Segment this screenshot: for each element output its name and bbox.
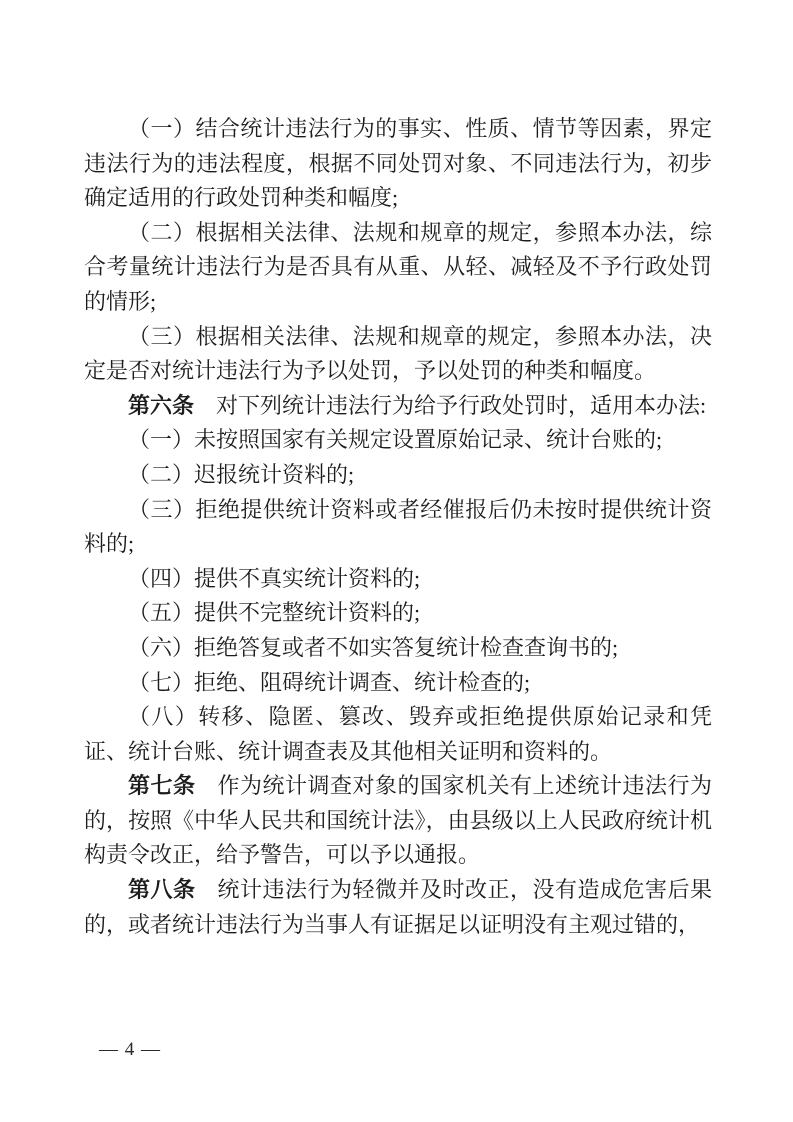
document-body: （一）结合统计违法行为的事实、性质、情节等因素，界定违法行为的违法程度，根据不同… [84, 112, 712, 942]
article-paragraph: 第六条对下列统计违法行为给予行政处罚时，适用本办法: [84, 389, 712, 424]
page-number: — 4 — [99, 1038, 161, 1062]
clause-item: （一）未按照国家有关规定设置原始记录、统计台账的; [84, 423, 712, 458]
document-page: （一）结合统计违法行为的事实、性质、情节等因素，界定违法行为的违法程度，根据不同… [0, 0, 793, 1122]
article-paragraph: 第七条作为统计调查对象的国家机关有上述统计违法行为的，按照《中华人民共和国统计法… [84, 769, 712, 873]
article-paragraph: 第八条统计违法行为轻微并及时改正，没有造成危害后果的，或者统计违法行为当事人有证… [84, 873, 712, 942]
clause-item: （七）拒绝、阻碍统计调查、统计检查的; [84, 666, 712, 701]
paragraph-text: （二）根据相关法律、法规和规章的规定，参照本办法，综合考量统计违法行为是否具有从… [84, 220, 712, 314]
article-number: 第七条 [128, 773, 196, 798]
clause-item: （一）结合统计违法行为的事实、性质、情节等因素，界定违法行为的违法程度，根据不同… [84, 112, 712, 216]
clause-item: （三）根据相关法律、法规和规章的规定，参照本办法，决定是否对统计违法行为予以处罚… [84, 320, 712, 389]
clause-item: （三）拒绝提供统计资料或者经催报后仍未按时提供统计资料的; [84, 493, 712, 562]
paragraph-text: （六）拒绝答复或者不如实答复统计检查查询书的; [128, 635, 618, 660]
article-number: 第六条 [128, 393, 194, 418]
clause-item: （四）提供不真实统计资料的; [84, 562, 712, 597]
paragraph-text: （五）提供不完整统计资料的; [128, 600, 420, 625]
clause-item: （六）拒绝答复或者不如实答复统计检查查询书的; [84, 631, 712, 666]
paragraph-text: （八）转移、隐匿、篡改、毁弃或拒绝提供原始记录和凭证、统计台账、统计调查表及其他… [84, 704, 712, 764]
paragraph-text: （二）迟报统计资料的; [128, 462, 354, 487]
clause-item: （二）根据相关法律、法规和规章的规定，参照本办法，综合考量统计违法行为是否具有从… [84, 216, 712, 320]
clause-item: （五）提供不完整统计资料的; [84, 596, 712, 631]
paragraph-text: （三）根据相关法律、法规和规章的规定，参照本办法，决定是否对统计违法行为予以处罚… [84, 324, 712, 384]
paragraph-text: （七）拒绝、阻碍统计调查、统计检查的; [128, 670, 530, 695]
clause-item: （八）转移、隐匿、篡改、毁弃或拒绝提供原始记录和凭证、统计台账、统计调查表及其他… [84, 700, 712, 769]
paragraph-text: （三）拒绝提供统计资料或者经催报后仍未按时提供统计资料的; [84, 497, 712, 557]
clause-item: （二）迟报统计资料的; [84, 458, 712, 493]
article-number: 第八条 [128, 877, 196, 902]
paragraph-text: （一）未按照国家有关规定设置原始记录、统计台账的; [128, 427, 662, 452]
paragraph-text: （四）提供不真实统计资料的; [128, 566, 420, 591]
paragraph-text: 对下列统计违法行为给予行政处罚时，适用本办法: [216, 393, 706, 418]
paragraph-text: （一）结合统计违法行为的事实、性质、情节等因素，界定违法行为的违法程度，根据不同… [84, 116, 712, 210]
